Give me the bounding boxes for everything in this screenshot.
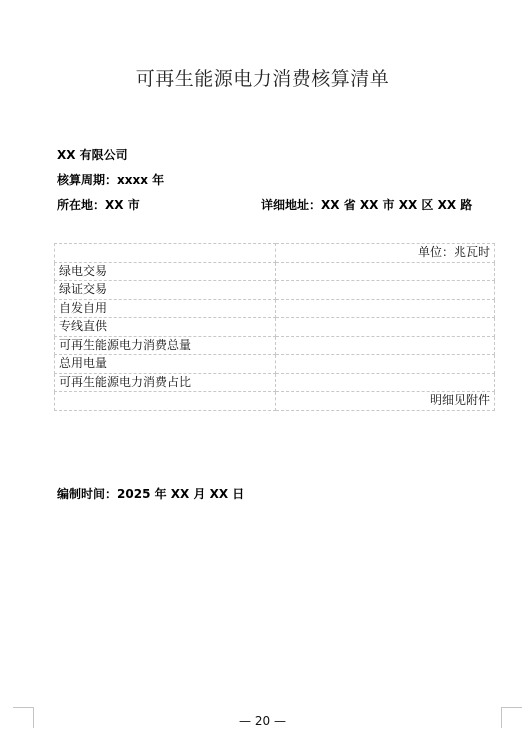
- company-name: XX 有限公司: [57, 147, 128, 163]
- table-row: 自发自用: [55, 299, 495, 318]
- row-item: 绿电交易: [55, 262, 276, 281]
- attachment-note: 明细见附件: [276, 392, 495, 411]
- table-row: 绿电交易: [55, 262, 495, 281]
- row-value: [276, 373, 495, 392]
- row-value: [276, 318, 495, 337]
- address-value: XX 省 XX 市 XX 区 XX 路: [321, 198, 472, 212]
- compile-time-value: 2025 年 XX 月 XX 日: [117, 487, 244, 501]
- table-cell-empty: [55, 392, 276, 411]
- row-value: [276, 281, 495, 300]
- row-value: [276, 355, 495, 374]
- table-row: 绿证交易: [55, 281, 495, 300]
- row-value: [276, 299, 495, 318]
- row-value: [276, 262, 495, 281]
- row-item: 总用电量: [55, 355, 276, 374]
- address-label: 详细地址：: [261, 198, 321, 212]
- compile-time-label: 编制时间：: [57, 487, 117, 501]
- detailed-address: 详细地址：XX 省 XX 市 XX 区 XX 路: [261, 197, 472, 213]
- row-item: 可再生能源电力消费占比: [55, 373, 276, 392]
- table-row: 总用电量: [55, 355, 495, 374]
- row-item: 绿证交易: [55, 281, 276, 300]
- row-value: [276, 336, 495, 355]
- unit-label: 单位：兆瓦时: [276, 244, 495, 263]
- table-cell-empty: [55, 244, 276, 263]
- accounting-period-label: 核算周期：: [57, 173, 117, 187]
- location: 所在地：XX 市: [57, 197, 140, 213]
- location-value: XX 市: [105, 198, 140, 212]
- row-item: 自发自用: [55, 299, 276, 318]
- consumption-table: 单位：兆瓦时 绿电交易 绿证交易 自发自用 专线直供 可再生能源电力消费总量 总…: [54, 243, 495, 411]
- table-header-row: 单位：兆瓦时: [55, 244, 495, 263]
- accounting-period: 核算周期：xxxx 年: [57, 172, 164, 188]
- location-label: 所在地：: [57, 198, 105, 212]
- page-title: 可再生能源电力消费核算清单: [0, 64, 525, 91]
- page-number: — 20 —: [0, 714, 525, 728]
- compile-time: 编制时间：2025 年 XX 月 XX 日: [57, 486, 244, 502]
- table-footer-row: 明细见附件: [55, 392, 495, 411]
- table-row: 可再生能源电力消费占比: [55, 373, 495, 392]
- row-item: 专线直供: [55, 318, 276, 337]
- table-row: 可再生能源电力消费总量: [55, 336, 495, 355]
- table-row: 专线直供: [55, 318, 495, 337]
- accounting-period-value: xxxx 年: [117, 173, 164, 187]
- row-item: 可再生能源电力消费总量: [55, 336, 276, 355]
